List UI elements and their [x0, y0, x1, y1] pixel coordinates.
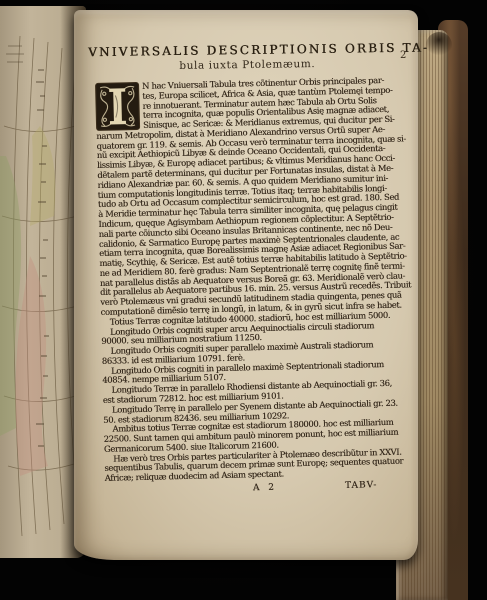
photo-background: 2 VNIVERSALIS DESCRIPTIONIS ORBIS TA- bu…	[0, 0, 487, 600]
gathering-signature: A 2	[253, 483, 277, 493]
heading-line-2: bula iuxta Ptolemæum.	[88, 57, 406, 73]
intro-block: N hac Vniuersali Tabula tres cõtinentur …	[95, 75, 416, 132]
decorative-initial-woodcut	[96, 83, 139, 130]
catchword: TABV-	[345, 481, 378, 492]
body-lines: narum Metropolim, distat à Meridiano Ale…	[96, 124, 425, 484]
page-content: 2 VNIVERSALIS DESCRIPTIONIS ORBIS TA- bu…	[74, 10, 418, 560]
chapter-heading: VNIVERSALIS DESCRIPTIONIS ORBIS TA- bula…	[88, 41, 406, 73]
book-page: 2 VNIVERSALIS DESCRIPTIONIS ORBIS TA- bu…	[74, 10, 418, 560]
page-edge-notch	[426, 32, 452, 58]
text-column: N hac Vniuersali Tabula tres cõtinentur …	[95, 75, 425, 499]
intro-lines: N hac Vniuersali Tabula tres cõtinentur …	[95, 75, 416, 132]
